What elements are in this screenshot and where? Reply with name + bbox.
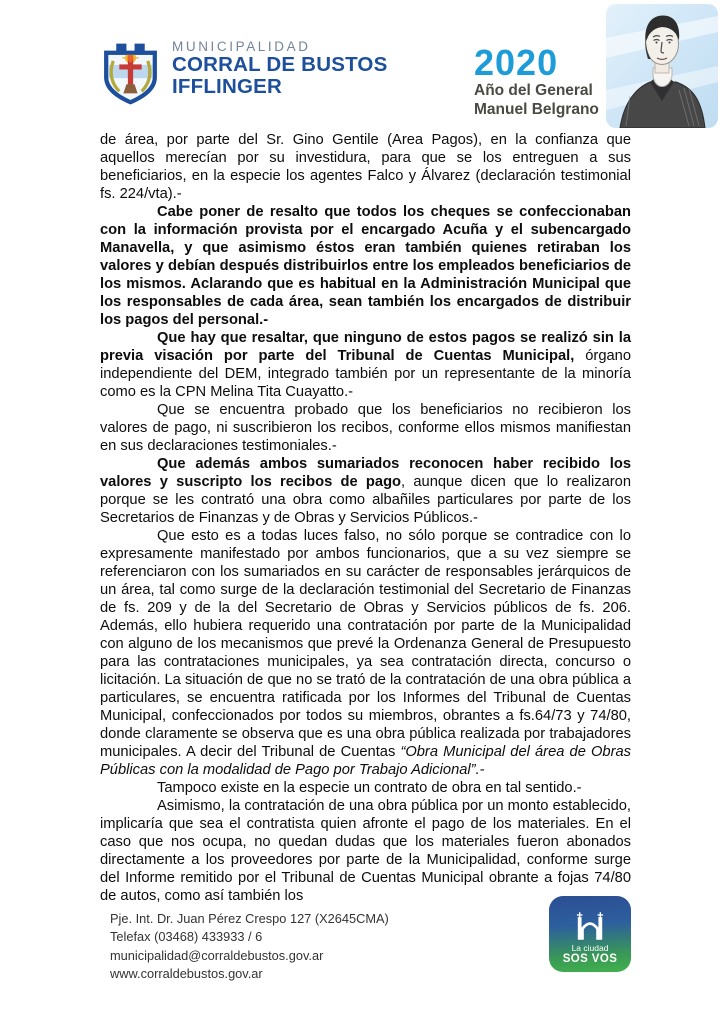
text-run: Que esto es a todas luces falso, no sólo… (100, 528, 631, 760)
text-run: de área, por parte del Sr. Gino Gentile … (100, 132, 631, 202)
paragraph: Que se encuentra probado que los benefic… (100, 401, 631, 455)
year-block: 2020 Año del General Manuel Belgrano (474, 44, 599, 119)
paragraph: Que esto es a todas luces falso, no sólo… (100, 527, 631, 779)
text-run: Tampoco existe en la especie un contrato… (157, 780, 582, 796)
paragraph: Tampoco existe en la especie un contrato… (100, 779, 631, 797)
municipal-shield-icon (99, 36, 162, 106)
document-page: { "header": { "org_label": "MUNICIPALIDA… (0, 0, 724, 1024)
footer-address: Pje. Int. Dr. Juan Pérez Crespo 127 (X26… (110, 910, 389, 928)
text-run: Asimismo, la contratación de una obra pú… (100, 798, 631, 904)
paragraph: Asimismo, la contratación de una obra pú… (100, 797, 631, 905)
org-name-line2: IFFLINGER (172, 76, 387, 98)
paragraph: Que hay que resaltar, que ninguno de est… (100, 329, 631, 401)
paragraph: de área, por parte del Sr. Gino Gentile … (100, 131, 631, 203)
page-footer: Pje. Int. Dr. Juan Pérez Crespo 127 (X26… (110, 910, 389, 984)
text-run: Cabe poner de resalto que todos los cheq… (100, 204, 631, 328)
city-brand-logo: La ciudad SOS VOS (549, 896, 631, 972)
paragraph: Que además ambos sumariados reconocen ha… (100, 455, 631, 527)
logo-tagline-line2: SOS VOS (563, 953, 618, 966)
org-block: MUNICIPALIDAD CORRAL DE BUSTOS IFFLINGER (172, 39, 387, 97)
bridge-arch-icon (568, 910, 612, 942)
document-body: de área, por parte del Sr. Gino Gentile … (100, 131, 631, 905)
motto-line2: Manuel Belgrano (474, 100, 599, 119)
belgrano-portrait (606, 4, 718, 128)
year-text: 2020 (474, 44, 599, 81)
footer-website: www.corraldebustos.gov.ar (110, 965, 389, 983)
text-run: Que se encuentra probado que los benefic… (100, 402, 631, 454)
footer-email: municipalidad@corraldebustos.gov.ar (110, 947, 389, 965)
portrait-engraving-image (606, 4, 718, 128)
footer-telefax: Telefax (03468) 433933 / 6 (110, 928, 389, 946)
motto-line1: Año del General (474, 81, 599, 100)
paragraph: Cabe poner de resalto que todos los cheq… (100, 203, 631, 329)
org-name-line1: CORRAL DE BUSTOS (172, 54, 387, 76)
org-label: MUNICIPALIDAD (172, 39, 387, 54)
text-run: Que hay que resaltar, que ninguno de est… (100, 330, 631, 364)
logo-tagline-line1: La ciudad (572, 944, 609, 953)
